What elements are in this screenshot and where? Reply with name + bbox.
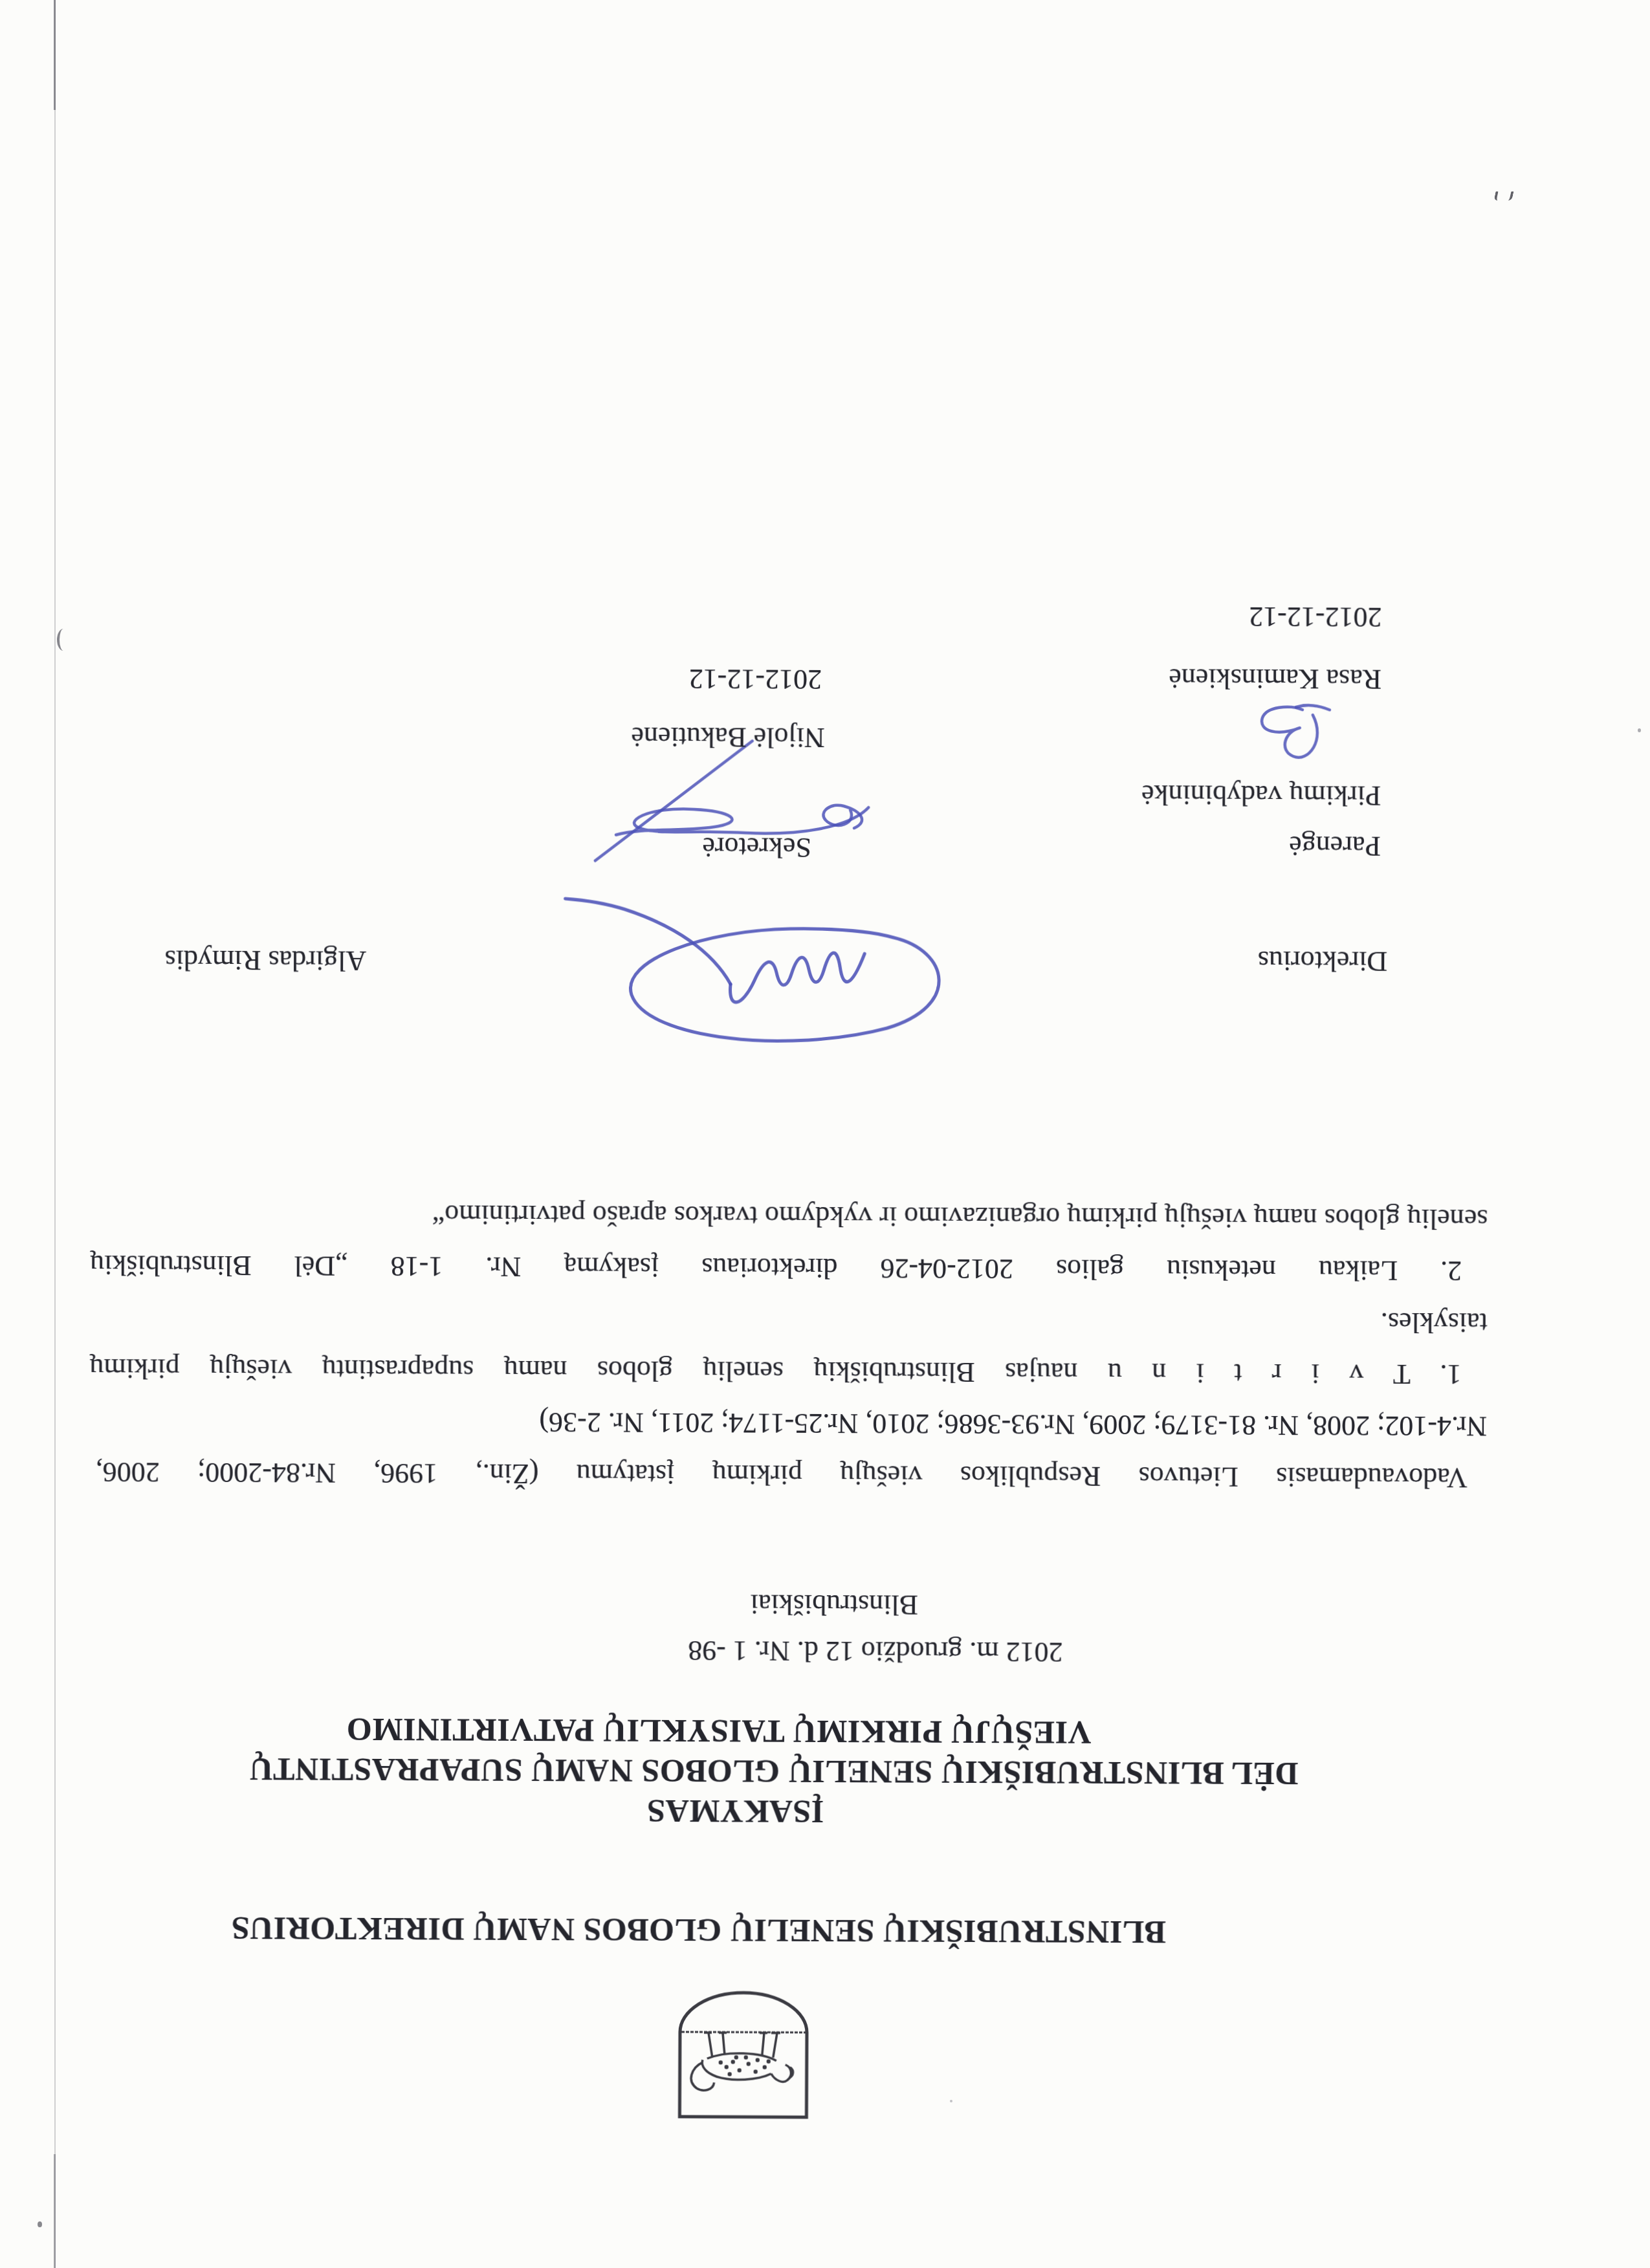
director-signature bbox=[557, 894, 985, 1058]
preparer-name: Rasa Kaminskienė bbox=[1169, 662, 1381, 695]
body-line: taisykles. bbox=[116, 1291, 1488, 1348]
prepared-by-label: Parengė bbox=[1289, 829, 1381, 863]
body-line: 1. T v i r t i n u naujas Blinstrubiškių… bbox=[89, 1342, 1487, 1400]
secretary-signature bbox=[577, 736, 888, 867]
organization-heading: BLINSTRUBIŠKIŲ SENELIŲ GLOBOS NAMŲ DIREK… bbox=[13, 1909, 1385, 1952]
secretary-date: 2012-12-12 bbox=[689, 662, 822, 696]
subject-line-2: VIEŠŲJŲ PIRKIMŲ TAISYKLIŲ PATVIRTINIMO bbox=[33, 1710, 1405, 1753]
document-content: BLINSTRUBIŠKIŲ SENELIŲ GLOBOS NAMŲ DIREK… bbox=[0, 0, 1650, 2268]
director-title: Direktorius bbox=[1258, 944, 1388, 978]
scanned-page: BLINSTRUBIŠKIŲ SENELIŲ GLOBOS NAMŲ DIREK… bbox=[0, 0, 1650, 2268]
body-text: Vadovaudamasis Lietuvos Respublikos vieš… bbox=[115, 1187, 1488, 1503]
body-line: Nr.4-102; 2008, Nr. 81-3179; 2009, Nr.93… bbox=[115, 1394, 1487, 1452]
date-number-line: 2012 m. gruodžio 12 d. Nr. 1 -98 bbox=[688, 1634, 1063, 1669]
procurement-manager-title: Pirkimų vadybininkė bbox=[1141, 778, 1381, 812]
secretary-name: Nijolė Bakutienė bbox=[631, 721, 825, 754]
preparer-date: 2012-12-12 bbox=[1249, 600, 1382, 634]
order-type-heading: ĮSAKYMAS bbox=[49, 1790, 1421, 1833]
body-line: senelių globos namų viešųjų pirkimų orga… bbox=[116, 1187, 1488, 1245]
coat-of-arms-shield-lynx-icon bbox=[675, 1989, 811, 2122]
body-line: Vadovaudamasis Lietuvos Respublikos vieš… bbox=[96, 1446, 1487, 1503]
subject-line-1: DĖL BLINSTRUBIŠKIŲ SENELIŲ GLOBOS NAMŲ S… bbox=[88, 1750, 1460, 1793]
procurement-manager-signature bbox=[1233, 702, 1337, 767]
location-line: Blinstrubiškiai bbox=[751, 1588, 918, 1622]
director-name: Algirdas Rimydis bbox=[164, 944, 366, 977]
body-line: 2. Laikau netekusiu galios 2012-04-26 di… bbox=[90, 1239, 1488, 1296]
